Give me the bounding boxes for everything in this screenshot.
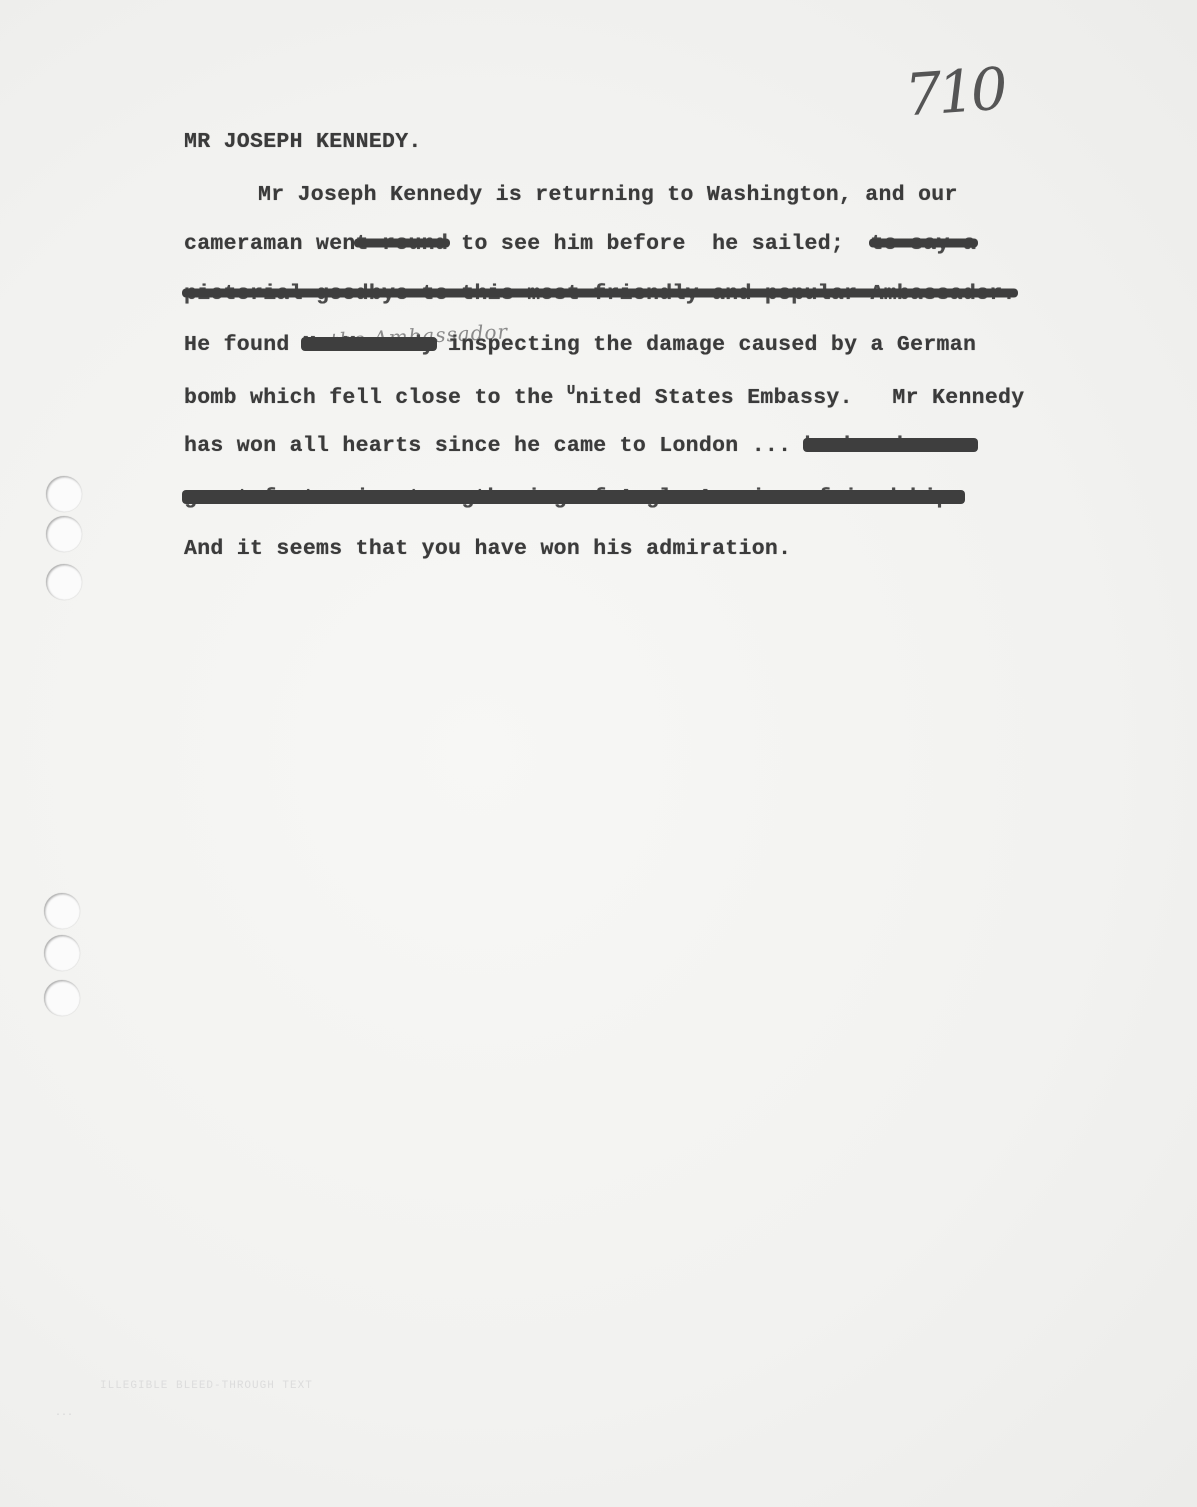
text-line-6: has won all hearts since he came to Lond… (184, 434, 976, 458)
struck-text: to say a (871, 232, 977, 256)
text-line-1: Mr Joseph Kennedy is returning to Washin… (258, 183, 958, 207)
punch-hole (44, 935, 80, 971)
struck-text: pictorial goodbye to this most friendly … (184, 282, 1016, 306)
line-text: cameraman wen (184, 232, 356, 256)
bleed-through-text-small: ... (55, 1408, 73, 1419)
line-text: inspecting the damage caused by a German (435, 333, 976, 357)
bleed-through-text: ILLEGIBLE BLEED-THROUGH TEXT (100, 1380, 313, 1392)
struck-text: he has been a (805, 434, 977, 458)
punch-hole (46, 564, 82, 600)
punch-hole (46, 476, 82, 512)
struck-text: great factor in strengthening of Anglo-A… (184, 486, 963, 510)
punch-hole (46, 516, 82, 552)
line-text: to see him before he sailed; (448, 232, 870, 256)
line-text: nited States Embassy. Mr Kennedy (576, 386, 1025, 410)
text-line-5: bomb which fell close to the United Stat… (184, 383, 1024, 410)
punch-hole (44, 893, 80, 929)
document-page: 710 MR JOSEPH KENNEDY. Mr Joseph Kennedy… (0, 0, 1197, 1507)
line-text: has won all hearts since he came to Lond… (184, 434, 805, 458)
text-line-2: cameraman went round to see him before h… (184, 232, 976, 256)
punch-hole (44, 980, 80, 1016)
text-line-3: pictorial goodbye to this most friendly … (184, 282, 1016, 306)
text-line-7: great factor in strengthening of Anglo-A… (184, 486, 963, 510)
handwritten-folio-number: 710 (903, 55, 1006, 130)
text-line-4: He found Mr Kennedy inspecting the damag… (184, 333, 976, 357)
struck-text: Mr Kennedy (303, 333, 435, 357)
line-text: bomb which fell close to the (184, 386, 567, 410)
line-text: He found (184, 333, 303, 357)
document-heading: MR JOSEPH KENNEDY. (184, 130, 422, 154)
struck-text: t round (356, 232, 448, 256)
text-line-8: And it seems that you have won his admir… (184, 537, 791, 561)
superscript-letter: U (567, 383, 576, 399)
